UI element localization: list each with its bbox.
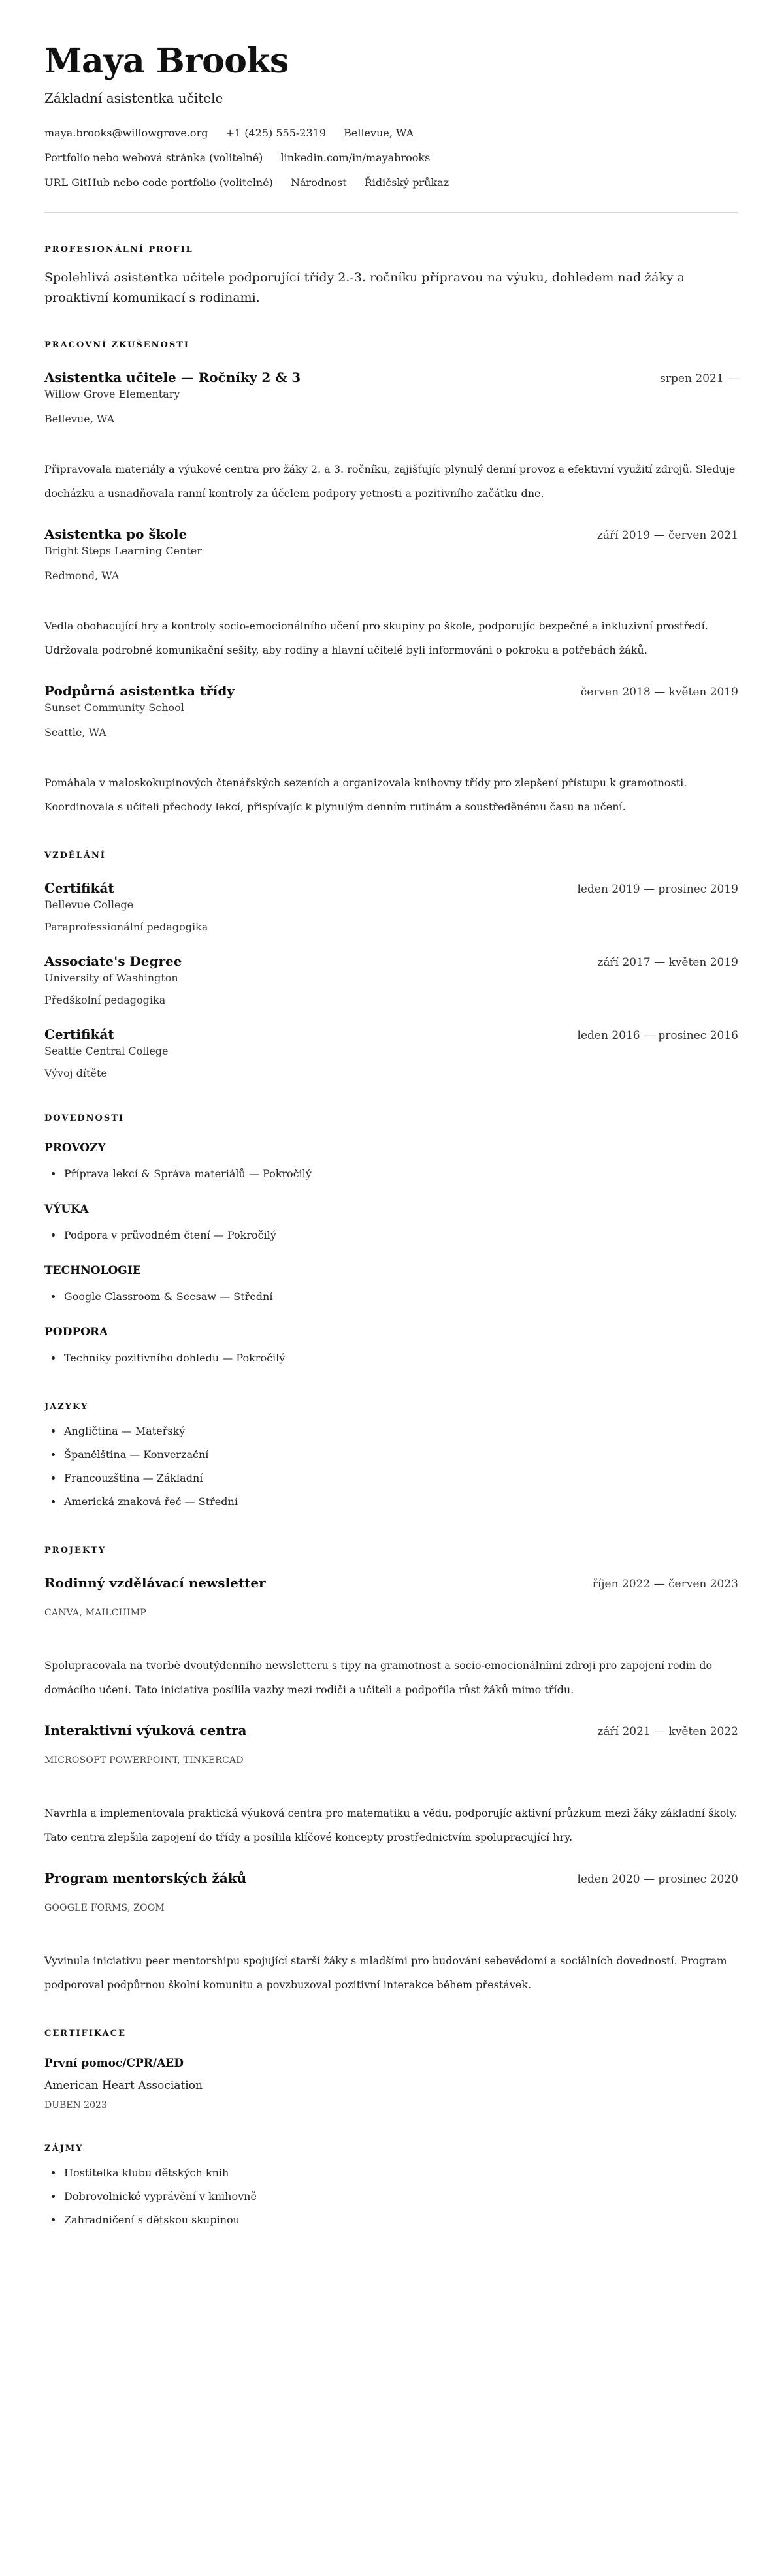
- interest-item: Zahradničení s dětskou skupinou: [63, 2208, 738, 2232]
- phone-number[interactable]: +1 (425) 555-2319: [226, 127, 326, 139]
- job-location: Seattle, WA: [44, 725, 738, 740]
- profile-section: Profesionální profil Spolehlivá asistent…: [44, 244, 738, 308]
- project-technologies: Google Forms, Zoom: [44, 1901, 738, 1915]
- project-entry: Program mentorských žákůleden 2020 — pro…: [44, 1869, 738, 1997]
- drivers-license: Řidičský průkaz: [365, 176, 449, 189]
- interests-section: Zájmy Hostitelka klubu dětských knihDobr…: [44, 2143, 738, 2232]
- candidate-headline: Základní asistentka učitele: [44, 89, 738, 107]
- language-item: Španělština — Konverzační: [63, 1443, 738, 1467]
- field-of-study: Vývoj dítěte: [44, 1066, 738, 1081]
- skills-section: Dovednosti PROVOZYPříprava lekcí & Správ…: [44, 1113, 738, 1370]
- skill-category: VÝUKA: [44, 1201, 738, 1217]
- interest-item: Dobrovolnické vyprávění v knihovně: [63, 2185, 738, 2208]
- skill-category: PROVOZY: [44, 1140, 738, 1156]
- language-item: Americká znaková řeč — Střední: [63, 1490, 738, 1514]
- profile-summary: Spolehlivá asistentka učitele podporujíc…: [44, 268, 738, 308]
- language-item: Angličtina — Mateřský: [63, 1420, 738, 1443]
- section-title: Projekty: [44, 1545, 738, 1557]
- degree-name: Certifikát: [44, 879, 114, 897]
- education-entry: Certifikátleden 2019 — prosinec 2019Bell…: [44, 879, 738, 935]
- experience-entry: Podpůrná asistentka třídyčerven 2018 — k…: [44, 682, 738, 819]
- date-range: leden 2019 — prosinec 2019: [578, 883, 738, 896]
- job-title: Asistentka po škole: [44, 525, 187, 543]
- certification-issuer: American Heart Association: [44, 2078, 738, 2093]
- section-title: Pracovní zkušenosti: [44, 340, 738, 351]
- section-title: Vzdělání: [44, 850, 738, 862]
- certification-entry: První pomoc/CPR/AEDAmerican Heart Associ…: [44, 2056, 738, 2112]
- entry-header: Podpůrná asistentka třídyčerven 2018 — k…: [44, 682, 738, 700]
- email-link[interactable]: maya.brooks@willowgrove.org: [44, 127, 208, 139]
- project-technologies: Canva, Mailchimp: [44, 1606, 738, 1619]
- school-name: University of Washington: [44, 970, 738, 986]
- date-range: září 2017 — květen 2019: [597, 956, 738, 969]
- candidate-name: Maya Brooks: [44, 40, 738, 82]
- project-description: Navrhla a implementovala praktická výuko…: [44, 1801, 738, 1849]
- portfolio-link[interactable]: Portfolio nebo webová stránka (volitelné…: [44, 151, 263, 164]
- section-title: Zájmy: [44, 2143, 738, 2155]
- skill-category: TECHNOLOGIE: [44, 1263, 738, 1279]
- entry-header: Interaktivní výuková centrazáří 2021 — k…: [44, 1721, 738, 1740]
- language-item: Francouzština — Základní: [63, 1467, 738, 1490]
- contact-row: URL GitHub nebo code portfolio (voliteln…: [44, 175, 738, 191]
- job-description: Vedla obohacující hry a kontroly socio-e…: [44, 614, 738, 662]
- job-location: Redmond, WA: [44, 568, 738, 584]
- resume-page: Maya Brooks Základní asistentka učitele …: [0, 0, 784, 2258]
- education-entry: Associate's Degreezáří 2017 — květen 201…: [44, 952, 738, 1008]
- languages-list: Angličtina — MateřskýŠpanělština — Konve…: [44, 1420, 738, 1514]
- date-range: září 2021 — květen 2022: [597, 1725, 738, 1738]
- resume-header: Maya Brooks Základní asistentka učitele …: [44, 40, 738, 191]
- job-description: Pomáhala v maloskokupinových čtenářských…: [44, 771, 738, 819]
- interest-item: Hostitelka klubu dětských knih: [63, 2161, 738, 2185]
- certification-date: Duben 2023: [44, 2099, 738, 2112]
- skill-list: Techniky pozitivního dohledu — Pokročilý: [44, 1346, 738, 1370]
- entry-header: Certifikátleden 2016 — prosinec 2016: [44, 1025, 738, 1043]
- employer-name: Sunset Community School: [44, 700, 738, 716]
- date-range: červen 2018 — květen 2019: [581, 686, 738, 699]
- job-title: Podpůrná asistentka třídy: [44, 682, 235, 700]
- date-range: leden 2016 — prosinec 2016: [578, 1029, 738, 1042]
- field-of-study: Paraprofessionální pedagogika: [44, 919, 738, 935]
- section-title: Dovednosti: [44, 1113, 738, 1124]
- date-range: leden 2020 — prosinec 2020: [578, 1873, 738, 1886]
- job-title: Asistentka učitele — Ročníky 2 & 3: [44, 368, 301, 387]
- project-title: Interaktivní výuková centra: [44, 1721, 246, 1740]
- date-range: září 2019 — červen 2021: [597, 529, 738, 542]
- skill-list: Google Classroom & Seesaw — Střední: [44, 1285, 738, 1309]
- nationality: Národnost: [291, 176, 347, 189]
- project-technologies: Microsoft PowerPoint, Tinkercad: [44, 1754, 738, 1767]
- contact-row: Portfolio nebo webová stránka (volitelné…: [44, 150, 738, 166]
- section-title: Profesionální profil: [44, 244, 738, 256]
- contact-row: maya.brooks@willowgrove.org +1 (425) 555…: [44, 125, 738, 141]
- section-title: Certifikace: [44, 2028, 738, 2040]
- school-name: Seattle Central College: [44, 1043, 738, 1059]
- project-description: Vyvinula iniciativu peer mentorshipu spo…: [44, 1948, 738, 1997]
- degree-name: Certifikát: [44, 1025, 114, 1043]
- project-title: Rodinný vzdělávací newsletter: [44, 1574, 266, 1592]
- github-link[interactable]: URL GitHub nebo code portfolio (voliteln…: [44, 176, 273, 189]
- entry-header: Asistentka po školezáří 2019 — červen 20…: [44, 525, 738, 543]
- project-description: Spolupracovala na tvorbě dvoutýdenního n…: [44, 1653, 738, 1702]
- entry-header: Certifikátleden 2019 — prosinec 2019: [44, 879, 738, 897]
- contact-info: maya.brooks@willowgrove.org +1 (425) 555…: [44, 125, 738, 191]
- job-description: Připravovala materiály a výukové centra …: [44, 457, 738, 505]
- education-section: Vzdělání Certifikátleden 2019 — prosinec…: [44, 850, 738, 1081]
- skill-list: Podpora v průvodném čtení — Pokročilý: [44, 1224, 738, 1247]
- skill-category: PODPORA: [44, 1324, 738, 1340]
- location: Bellevue, WA: [344, 127, 414, 139]
- date-range: říjen 2022 — červen 2023: [593, 1578, 738, 1591]
- project-title: Program mentorských žáků: [44, 1869, 246, 1887]
- skill-item: Podpora v průvodném čtení — Pokročilý: [63, 1224, 738, 1247]
- project-entry: Interaktivní výuková centrazáří 2021 — k…: [44, 1721, 738, 1849]
- entry-header: Program mentorských žákůleden 2020 — pro…: [44, 1869, 738, 1887]
- experience-entry: Asistentka po školezáří 2019 — červen 20…: [44, 525, 738, 662]
- entry-header: Asistentka učitele — Ročníky 2 & 3srpen …: [44, 368, 738, 387]
- languages-section: Jazyky Angličtina — MateřskýŠpanělština …: [44, 1401, 738, 1514]
- employer-name: Willow Grove Elementary: [44, 387, 738, 402]
- header-divider: [44, 212, 738, 213]
- experience-entry: Asistentka učitele — Ročníky 2 & 3srpen …: [44, 368, 738, 505]
- skill-list: Příprava lekcí & Správa materiálů — Pokr…: [44, 1162, 738, 1186]
- entry-header: Rodinný vzdělávací newsletterříjen 2022 …: [44, 1574, 738, 1592]
- school-name: Bellevue College: [44, 897, 738, 913]
- education-entry: Certifikátleden 2016 — prosinec 2016Seat…: [44, 1025, 738, 1081]
- employer-name: Bright Steps Learning Center: [44, 543, 738, 559]
- section-title: Jazyky: [44, 1401, 738, 1413]
- entry-header: Associate's Degreezáří 2017 — květen 201…: [44, 952, 738, 970]
- field-of-study: Předškolní pedagogika: [44, 993, 738, 1008]
- experience-section: Pracovní zkušenosti Asistentka učitele —…: [44, 340, 738, 819]
- certifications-section: Certifikace První pomoc/CPR/AEDAmerican …: [44, 2028, 738, 2112]
- skill-item: Google Classroom & Seesaw — Střední: [63, 1285, 738, 1309]
- date-range: srpen 2021 —: [660, 372, 738, 385]
- degree-name: Associate's Degree: [44, 952, 182, 970]
- projects-section: Projekty Rodinný vzdělávací newsletterří…: [44, 1545, 738, 1997]
- job-location: Bellevue, WA: [44, 411, 738, 427]
- project-entry: Rodinný vzdělávací newsletterříjen 2022 …: [44, 1574, 738, 1702]
- interests-list: Hostitelka klubu dětských knihDobrovolni…: [44, 2161, 738, 2232]
- skill-item: Příprava lekcí & Správa materiálů — Pokr…: [63, 1162, 738, 1186]
- skill-item: Techniky pozitivního dohledu — Pokročilý: [63, 1346, 738, 1370]
- certification-name: První pomoc/CPR/AED: [44, 2056, 738, 2071]
- linkedin-link[interactable]: linkedin.com/in/mayabrooks: [281, 151, 431, 164]
